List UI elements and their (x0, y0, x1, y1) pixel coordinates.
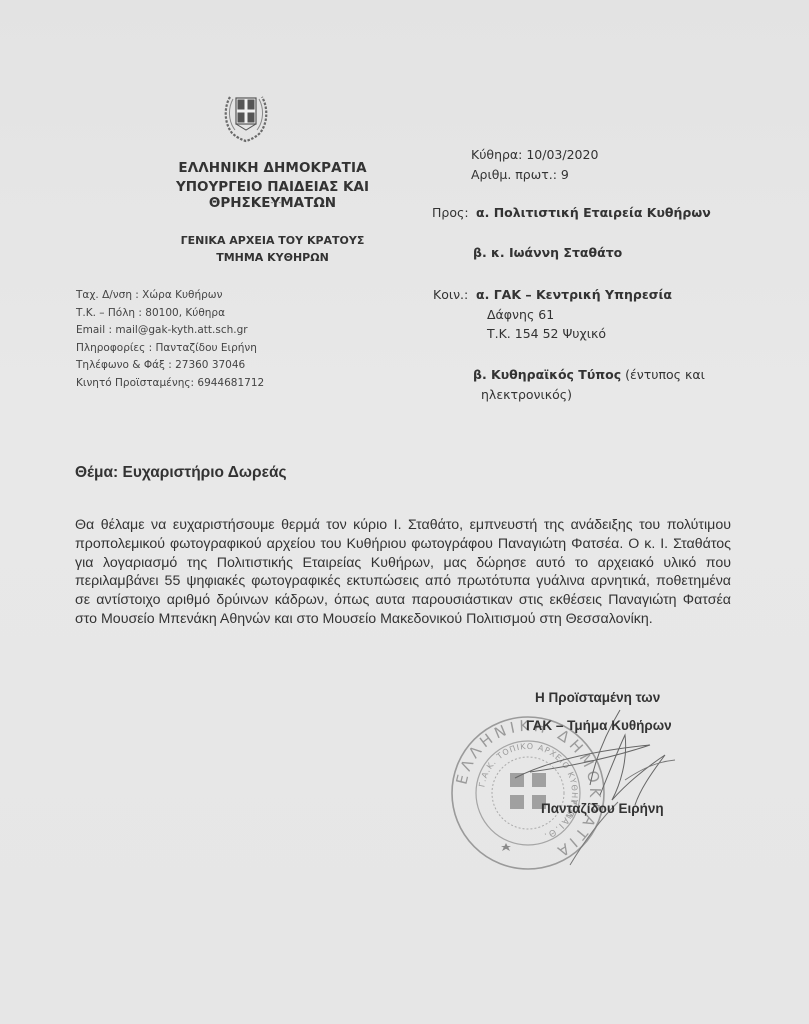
cc-recipient-b: β. Κυθηραϊκός Τύπος (έντυπος και (473, 367, 705, 382)
cc-label: Κοιν.: (433, 287, 468, 302)
contact-block: Ταχ. Δ/νση : Χώρα Κυθήρων Τ.Κ. – Πόλη : … (76, 287, 264, 392)
contact-mobile: Κινητό Προϊσταμένης: 6944681712 (76, 375, 264, 393)
cc-recipient-b-name: β. Κυθηραϊκός Τύπος (473, 367, 621, 382)
contact-email: Email : mail@gak-kyth.att.sch.gr (76, 322, 264, 340)
handwritten-signature-icon (500, 690, 690, 870)
contact-info: Πληροφορίες : Πανταζίδου Ειρήνη (76, 340, 264, 358)
subject-line: Θέμα: Ευχαριστήριο Δωρεάς (75, 464, 287, 482)
contact-postal: Τ.Κ. – Πόλη : 80100, Κύθηρα (76, 305, 264, 323)
contact-phone: Τηλέφωνο & Φάξ : 27360 37046 (76, 357, 264, 375)
cc-recipient-b-note: (έντυπος και (621, 367, 705, 382)
signatory-title-line1: Η Προϊσταμένη των (535, 690, 660, 705)
contact-address: Ταχ. Δ/νση : Χώρα Κυθήρων (76, 287, 264, 305)
to-label: Προς: (432, 205, 469, 220)
place-date: Κύθηρα: 10/03/2020 (471, 147, 598, 162)
cc-recipient-b-note-line2: ηλεκτρονικός) (481, 387, 572, 402)
signatory-name: Πανταζίδου Ειρήνη (541, 801, 664, 816)
recipient-b: β. κ. Ιωάννη Σταθάτο (473, 245, 622, 260)
greek-coat-of-arms-icon (222, 89, 270, 143)
recipient-a: α. Πολιτιστική Εταιρεία Κυθήρων (476, 205, 711, 220)
agency-heading: ΓΕΝΙΚΑ ΑΡΧΕΙΑ ΤΟΥ ΚΡΑΤΟΥΣ (120, 234, 425, 247)
department-heading: ΤΜΗΜΑ ΚΥΘΗΡΩΝ (120, 251, 425, 264)
cc-recipient-a: α. ΓΑΚ – Κεντρική Υπηρεσία (476, 287, 672, 302)
letter-page: ΕΛΛΗΝΙΚΗ ΔΗΜΟΚΡΑΤΙΑ ΥΠΟΥΡΓΕΙΟ ΠΑΙΔΕΙΑΣ Κ… (0, 0, 809, 1024)
cc-recipient-a-postal: Τ.Κ. 154 52 Ψυχικό (487, 326, 606, 341)
protocol-number: Αριθμ. πρωτ.: 9 (471, 167, 569, 182)
header-separator: ----- (120, 198, 425, 207)
letter-body: Θα θέλαμε να ευχαριστήσουμε θερμά τον κύ… (75, 516, 731, 629)
cc-recipient-a-street: Δάφνης 61 (487, 307, 554, 322)
signatory-title-line2: ΓΑΚ – Τμήμα Κυθήρων (526, 718, 672, 733)
country-heading: ΕΛΛΗΝΙΚΗ ΔΗΜΟΚΡΑΤΙΑ (120, 160, 425, 176)
